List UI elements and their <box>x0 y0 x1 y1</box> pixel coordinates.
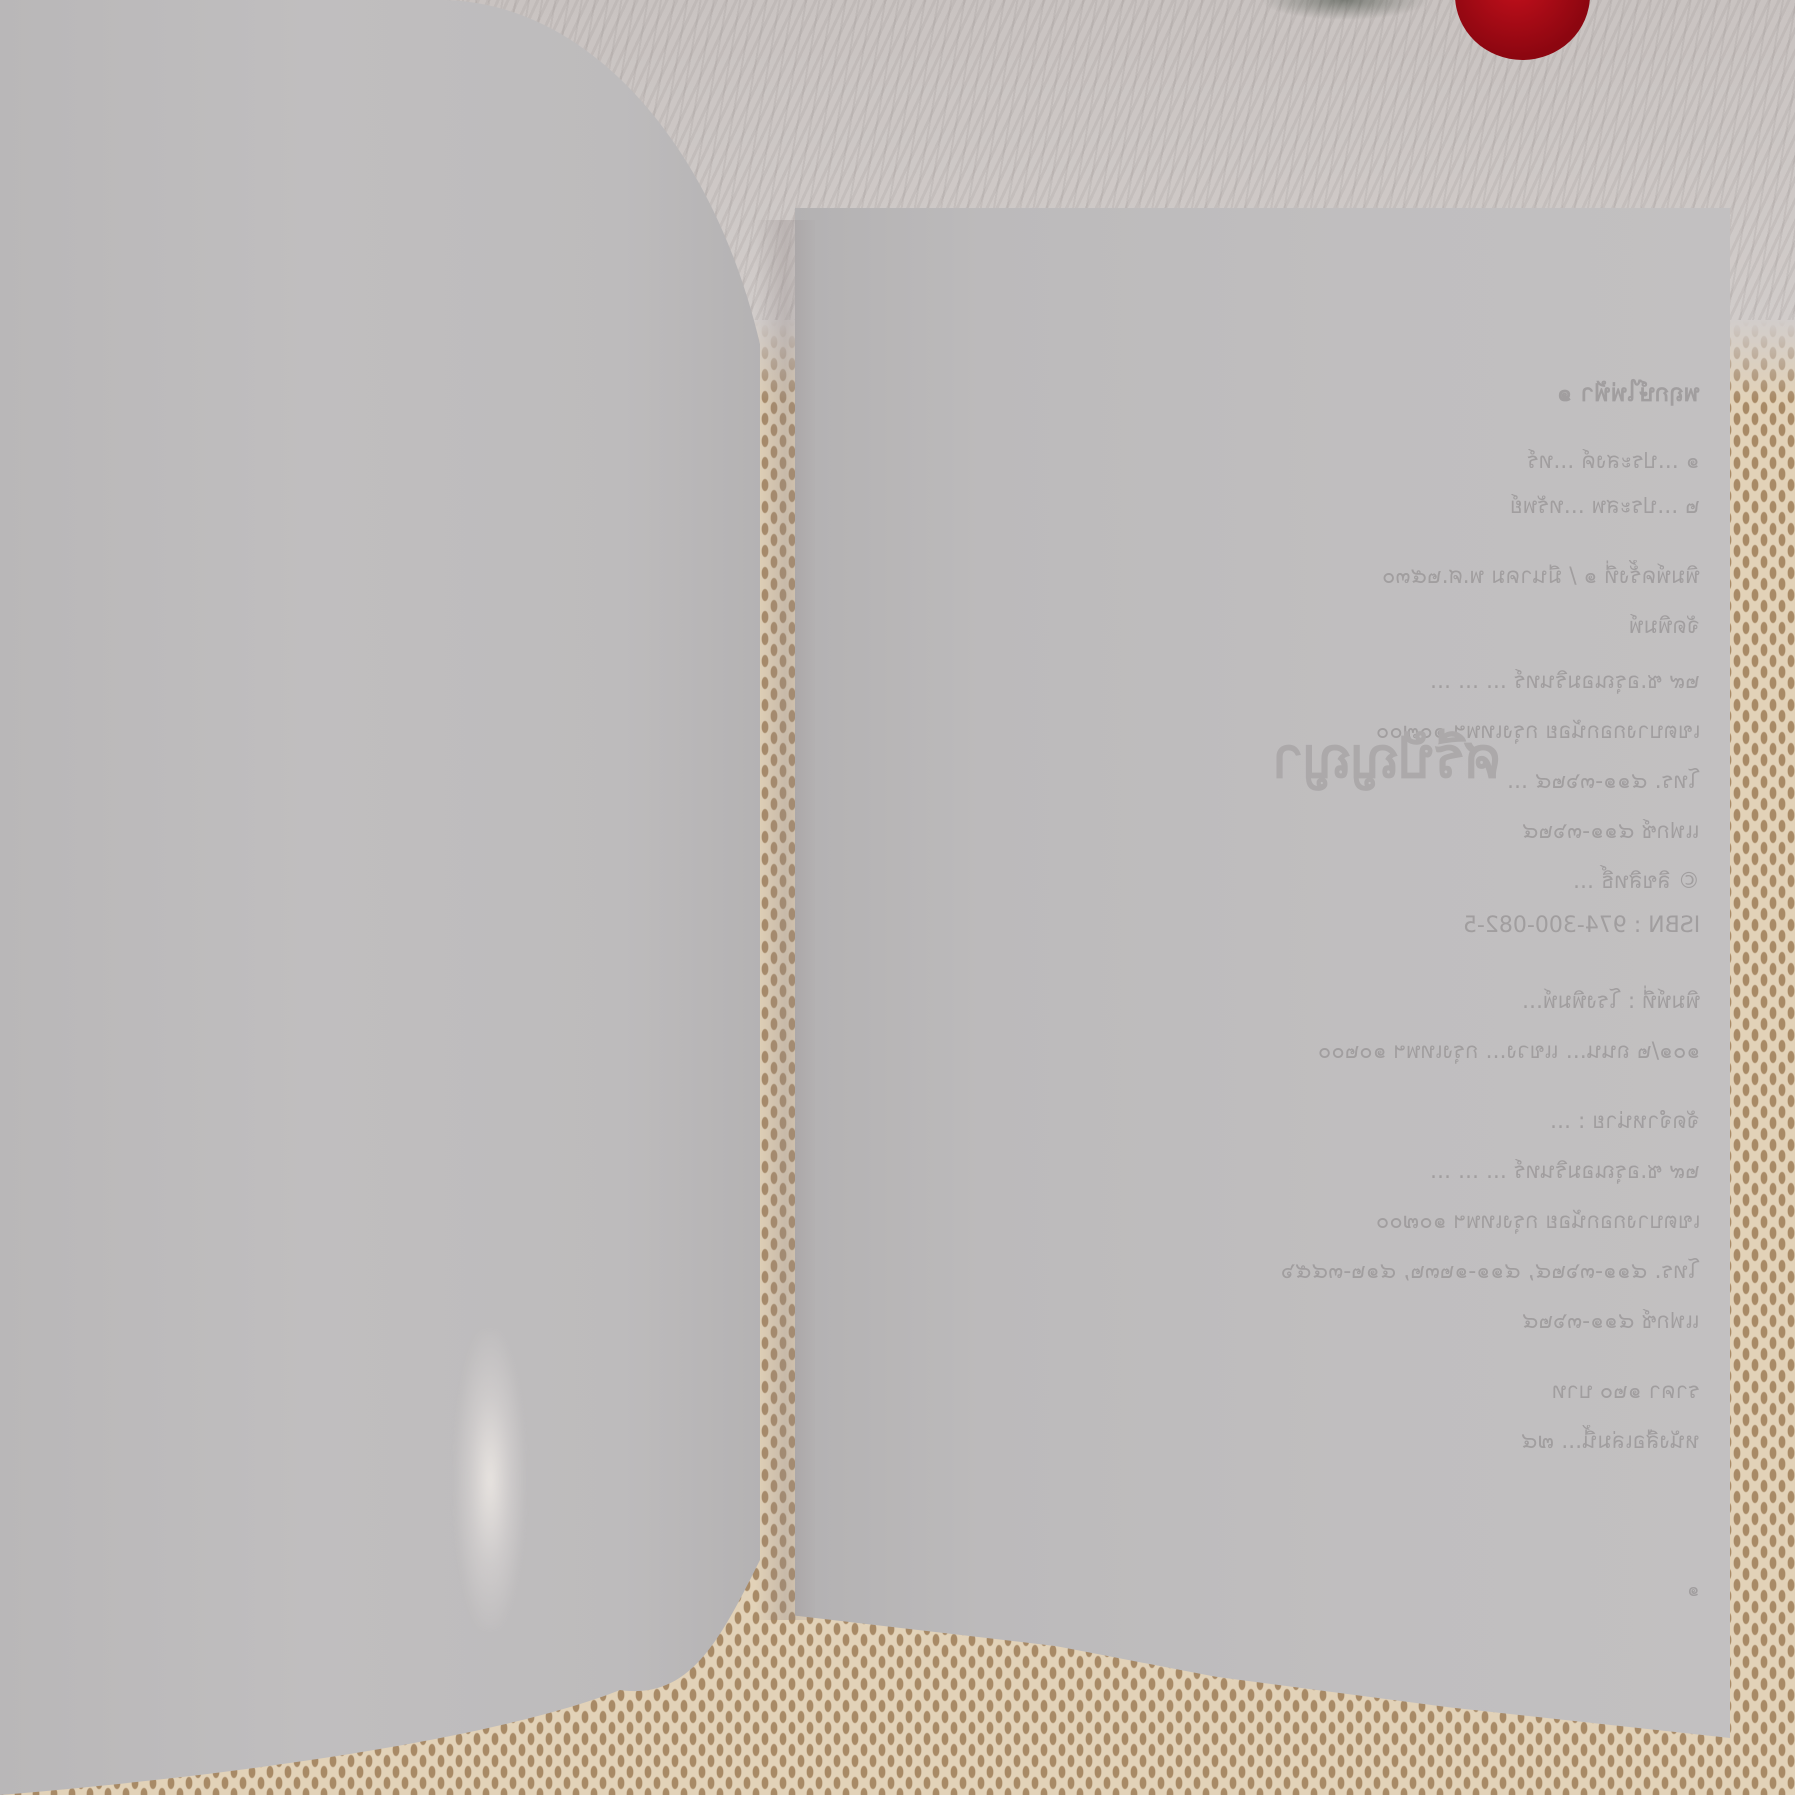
text-line: พิมพ์ครั้งที่ ๑ / มีนาคม พ.ศ.๒๕๓๐ <box>1382 558 1700 593</box>
publisher-logo-text: ศรีปัญญา <box>1272 713 1500 802</box>
text-line: จัดพิมพ์ <box>1629 608 1700 643</box>
left-page <box>0 0 780 1795</box>
text-line: ๒๙ ซ.อรุณอมรินทร์ ... ... ... <box>1430 1153 1700 1188</box>
text-line: โทร. ๔๑๑-๓๖๒๔, ๔๑๑-๑๒๓๒, ๔๑๒-๓๔๕๖ <box>1281 1253 1700 1288</box>
text-line: เขตบางกอกน้อย กรุงเทพฯ ๑๐๗๐๐ <box>1376 1203 1700 1238</box>
text-line: จัดจำหน่าย : ... <box>1550 1103 1700 1138</box>
isbn-line: ISBN : 974-300-082-5 <box>1463 913 1700 938</box>
text-line: แฟกซ์ ๔๑๑-๓๖๒๔ <box>1522 813 1700 848</box>
light-glare <box>455 1330 525 1630</box>
text-line: พิมพ์ที่ : โรงพิมพ์... <box>1522 983 1700 1018</box>
text-line: โทร. ๔๑๑-๓๖๒๔ ... <box>1507 763 1700 798</box>
text-line: ๑๐๑/๒ ถนน... แขวง... กรุงเทพฯ ๑๐๒๐๐ <box>1318 1033 1700 1068</box>
text-line: ๒๙ ซ.อรุณอมรินทร์ ... ... ... <box>1430 663 1700 698</box>
text-line: แฟกซ์ ๔๑๑-๓๖๒๔ <box>1522 1303 1700 1338</box>
text-line: หนังสือเล่มนี้... ๗๔ <box>1521 1423 1700 1458</box>
text-line: พฤกษ์ไพ่ฟ้า ๑ <box>1557 373 1700 412</box>
text-line: ๑ ...ประสงค์ ...ทร์ <box>1527 443 1700 478</box>
text-line: ๒ ...ประสพ ...ทรัพย์ <box>1510 488 1700 523</box>
show-through-text: พฤกษ์ไพ่ฟ้า ๑ ๑ ...ประสงค์ ...ทร์ ๒ ...ป… <box>795 208 1730 1738</box>
book-gutter-shadow <box>755 220 815 1620</box>
price-line: ราคา ๑๒๐ บาท <box>1552 1373 1700 1408</box>
copyright-line: © ลิขสิทธิ์ ... <box>1573 863 1700 898</box>
right-page: พฤกษ์ไพ่ฟ้า ๑ ๑ ...ประสงค์ ...ทร์ ๒ ...ป… <box>795 208 1730 1738</box>
page-number: ๑ <box>1687 1573 1700 1605</box>
